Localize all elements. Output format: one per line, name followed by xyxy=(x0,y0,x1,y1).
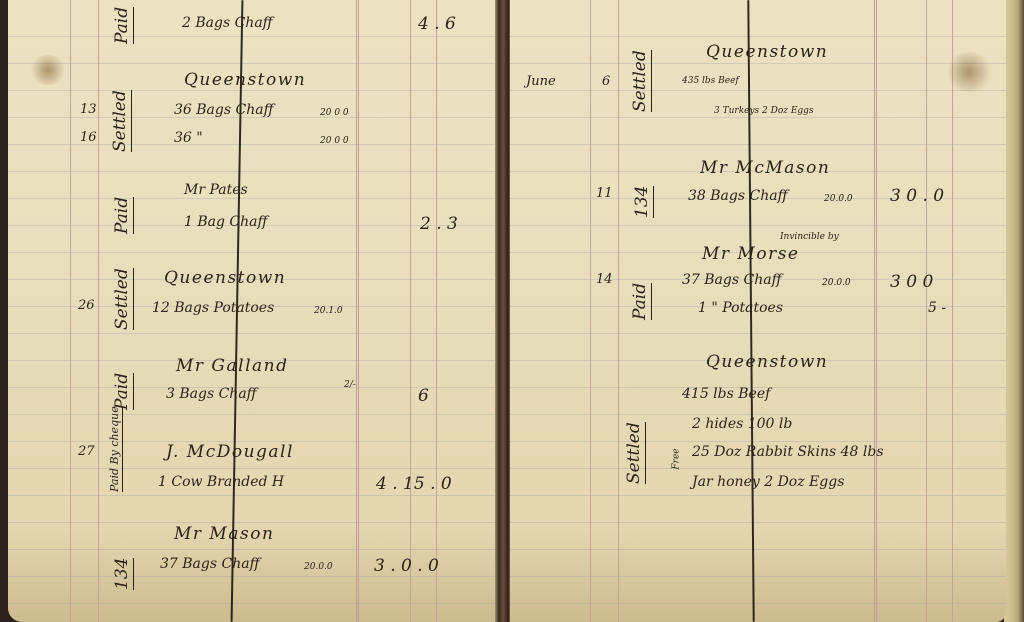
bracket-note: Free xyxy=(672,448,682,469)
column-rule xyxy=(436,0,437,622)
entry-line: 3 Turkeys 2 Doz Eggs xyxy=(714,106,814,116)
entry-heading: J. McDougall xyxy=(166,442,294,462)
entry-annotation: Invincible by xyxy=(780,232,839,242)
page-edges xyxy=(1004,0,1024,622)
column-rule xyxy=(952,0,953,622)
entry-amount: 4 . 15 . 0 xyxy=(376,474,452,494)
entry-date: 11 xyxy=(596,186,613,201)
stain xyxy=(28,55,68,85)
status-stamp: Paid xyxy=(630,283,652,320)
entry-rate: 20.0.0 xyxy=(304,562,333,572)
entry-amount: 2 . 3 xyxy=(420,214,458,234)
status-stamp: 134 xyxy=(112,558,134,590)
entry-line: Jar honey 2 Doz Eggs xyxy=(692,474,844,490)
entry-line: 12 Bags Potatoes xyxy=(152,300,274,316)
entry-line: 38 Bags Chaff xyxy=(688,188,788,204)
entry-line: 2 Bags Chaff xyxy=(182,15,273,31)
entry-month: June xyxy=(526,74,556,89)
entry-rate: 20.1.0 xyxy=(314,306,343,316)
entry-amount: 4 . 6 xyxy=(418,14,456,34)
entry-amount: 3 0 . 0 xyxy=(890,186,944,206)
stain xyxy=(944,52,994,92)
column-rule xyxy=(926,0,927,622)
margin-rule xyxy=(590,0,591,622)
entry-line: 36 Bags Chaff xyxy=(174,102,274,118)
left-page: Paid 2 Bags Chaff 4 . 6 Settled Queensto… xyxy=(8,0,495,622)
entry-date: 6 xyxy=(602,74,610,89)
entry-heading: Queenstown xyxy=(706,42,828,62)
entry-rate: 20.0.0 xyxy=(824,194,853,204)
status-stamp: Settled xyxy=(630,50,652,112)
column-rule xyxy=(410,0,411,622)
status-stamp: Paid xyxy=(112,373,134,410)
entry-heading: Queenstown xyxy=(184,70,306,90)
entry-line: 1 " Potatoes xyxy=(698,300,783,316)
entry-amount: 5 - xyxy=(928,300,946,316)
entry-rate: 2/- xyxy=(344,380,356,390)
entry-heading: Mr Pates xyxy=(184,182,248,198)
margin-rule xyxy=(70,0,71,622)
status-stamp: Settled xyxy=(624,422,646,484)
entry-line: 36 " xyxy=(174,130,203,146)
entry-date: 27 xyxy=(78,444,95,459)
entry-date: 26 xyxy=(78,298,95,313)
margin-rule xyxy=(618,0,619,622)
entry-amount: 6 xyxy=(418,386,429,406)
entry-line: 1 Cow Branded H xyxy=(158,474,284,490)
entry-line: 415 lbs Beef xyxy=(682,386,770,402)
entry-rate: 20.0.0 xyxy=(822,278,851,288)
entry-line: 1 Bag Chaff xyxy=(184,214,267,230)
status-stamp: Paid xyxy=(112,7,134,44)
status-stamp: Settled xyxy=(110,90,132,152)
entry-heading: Mr McMason xyxy=(700,158,830,178)
entry-line: 435 lbs Beef xyxy=(682,76,739,86)
entry-line: 25 Doz Rabbit Skins 48 lbs xyxy=(692,444,884,460)
status-stamp: Paid By cheque xyxy=(108,406,123,492)
entry-line: 37 Bags Chaff xyxy=(682,272,782,288)
entry-date: 16 xyxy=(80,130,97,145)
status-stamp: 134 xyxy=(632,186,654,218)
entry-rate: 20 0 0 xyxy=(320,136,349,146)
column-rule xyxy=(874,0,877,622)
entry-line: 3 Bags Chaff xyxy=(166,386,257,402)
entry-line: 37 Bags Chaff xyxy=(160,556,260,572)
entry-line: 2 hides 100 lb xyxy=(692,416,792,432)
entry-heading: Queenstown xyxy=(706,352,828,372)
entry-date: 13 xyxy=(80,102,97,117)
status-stamp: Paid xyxy=(112,197,134,234)
entry-heading: Mr Morse xyxy=(702,244,800,264)
entry-amount: 3 . 0 . 0 xyxy=(374,556,439,576)
entry-date: 14 xyxy=(596,272,613,287)
entry-heading: Mr Mason xyxy=(174,524,274,544)
entry-rate: 20 0 0 xyxy=(320,108,349,118)
right-page: Settled Queenstown June 6 435 lbs Beef 3… xyxy=(510,0,1006,622)
entry-heading: Mr Galland xyxy=(176,356,289,376)
margin-rule xyxy=(98,0,99,622)
column-rule xyxy=(356,0,359,622)
entry-amount: 3 0 0 xyxy=(890,272,933,292)
entry-heading: Queenstown xyxy=(164,268,286,288)
status-stamp: Settled xyxy=(112,268,134,330)
